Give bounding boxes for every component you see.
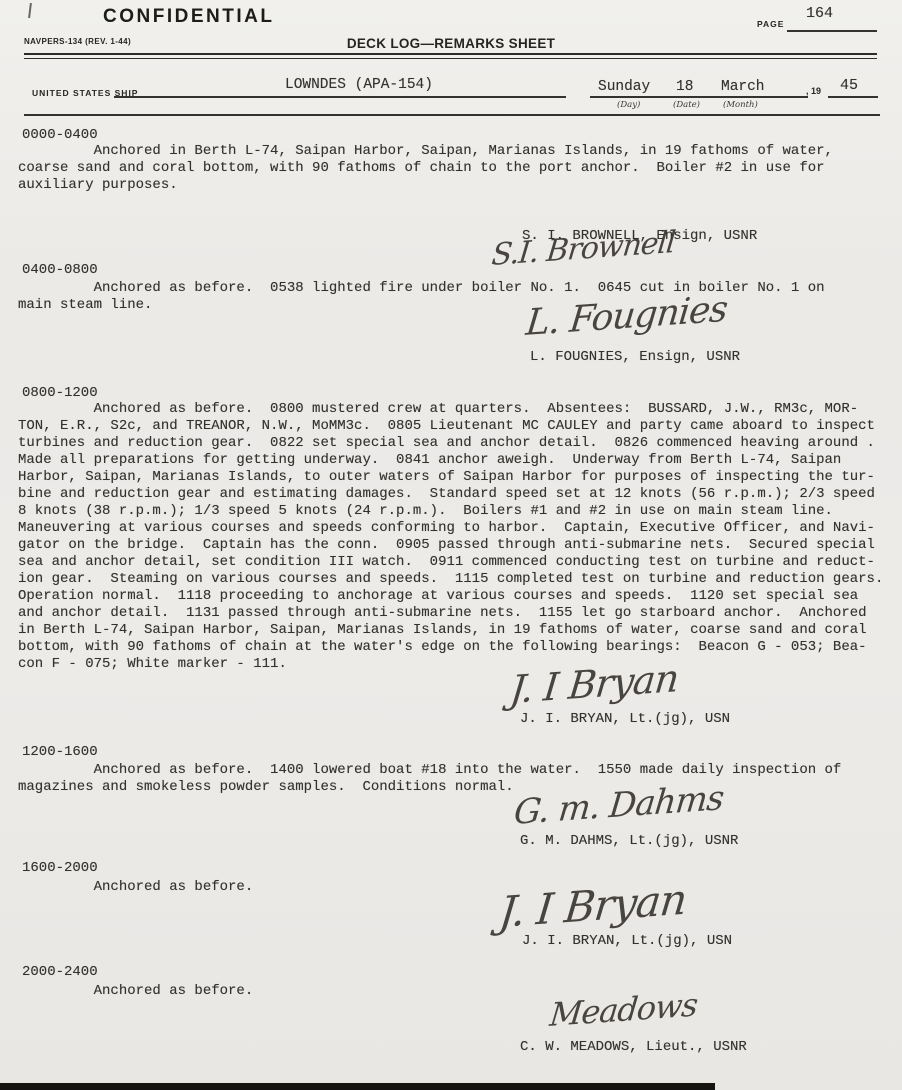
ship-name-underline — [114, 96, 566, 98]
day-caption: (Day) — [617, 100, 640, 110]
entry-time-range: 0400-0800 — [22, 262, 98, 279]
signature-typed: C. W. MEADOWS, Lieut., USNR — [520, 1039, 747, 1056]
stray-pen-mark — [28, 3, 32, 18]
signature-handwritten: S.I. Brownell — [490, 225, 677, 273]
classification-stamp: CONFIDENTIAL — [103, 6, 274, 28]
entry-remarks: Anchored as before. — [18, 879, 253, 896]
page-label: PAGE — [757, 19, 784, 29]
page-number-underline — [787, 30, 877, 32]
entry-time-range: 0000-0400 — [22, 127, 98, 144]
signature-handwritten: J. I Bryan — [497, 874, 689, 937]
signature-typed: L. FOUGNIES, Ensign, USNR — [530, 349, 740, 366]
page-number: 164 — [806, 5, 833, 22]
signature-typed: J. I. BRYAN, Lt.(jg), USN — [522, 933, 732, 950]
scan-artifact-bar — [0, 1083, 715, 1090]
entry-remarks: Anchored in Berth L-74, Saipan Harbor, S… — [18, 143, 833, 194]
entry-time-range: 1200-1600 — [22, 744, 98, 761]
header-bottom-rule — [24, 114, 880, 116]
signature-typed: G. M. DAHMS, Lt.(jg), USNR — [520, 833, 738, 850]
ship-name: LOWNDES (APA-154) — [285, 77, 433, 94]
signature-typed: J. I. BRYAN, Lt.(jg), USN — [520, 711, 730, 728]
year-prefix: , 19 — [806, 86, 821, 96]
signature-handwritten: Meadows — [548, 985, 699, 1034]
date-underline — [590, 96, 808, 98]
entry-remarks: Anchored as before. — [18, 983, 253, 1000]
date-caption: (Date) — [673, 100, 700, 110]
month-caption: (Month) — [723, 100, 758, 110]
deck-log-page: CONFIDENTIAL PAGE 164 NAVPERS-134 (REV. … — [0, 0, 902, 1090]
date-month: March — [721, 79, 765, 96]
date-date: 18 — [676, 79, 693, 96]
year-underline — [828, 96, 878, 98]
year-value: 45 — [840, 77, 858, 94]
entry-remarks: Anchored as before. 0800 mustered crew a… — [18, 401, 883, 673]
form-title: DECK LOG—REMARKS SHEET — [0, 36, 902, 51]
entry-time-range: 2000-2400 — [22, 964, 98, 981]
entry-time-range: 1600-2000 — [22, 860, 98, 877]
entry-time-range: 0800-1200 — [22, 385, 98, 402]
header-double-rule — [24, 53, 877, 59]
date-day: Sunday — [598, 79, 650, 96]
